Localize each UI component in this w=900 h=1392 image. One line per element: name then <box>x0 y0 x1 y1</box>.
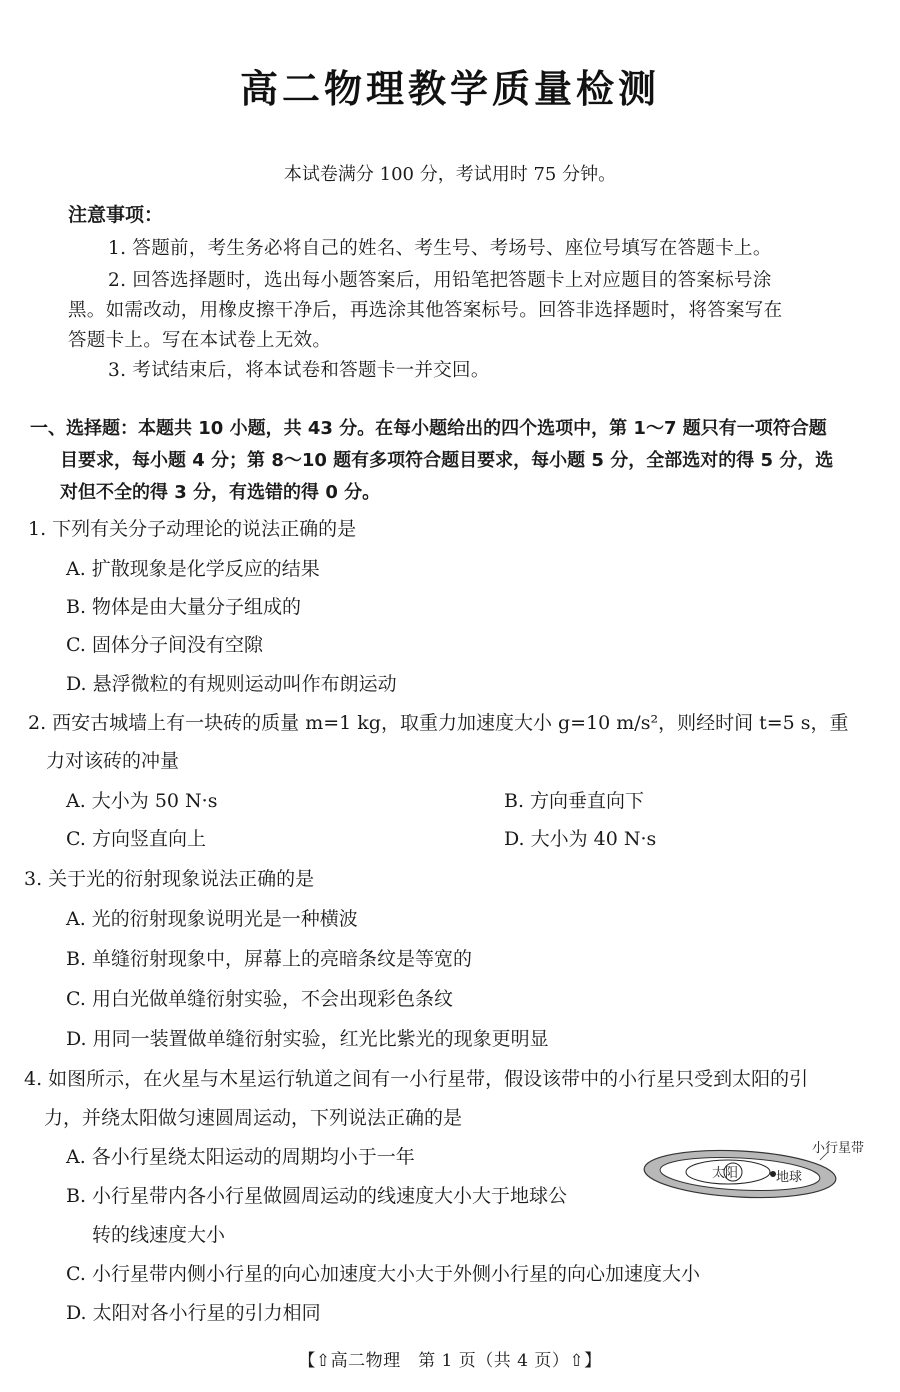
question-2-option-c: C. 方向竖直向上 <box>66 824 206 851</box>
question-1-option-c: C. 固体分子间没有空隙 <box>66 630 263 657</box>
notice-item-2: 2. 回答选择题时，选出每小题答案后，用铅笔把答题卡上对应题目的答案标号涂 <box>108 266 772 292</box>
question-4-option-d: D. 太阳对各小行星的引力相同 <box>66 1298 321 1325</box>
question-2-option-a: A. 大小为 50 N·s <box>66 786 217 813</box>
question-4-option-a: A. 各小行星绕太阳运动的周期均小于一年 <box>66 1142 415 1169</box>
question-2-stem-cont: 力对该砖的冲量 <box>46 746 179 773</box>
question-2-stem: 2. 西安古城墙上有一块砖的质量 m=1 kg，取重力加速度大小 g=10 m/… <box>28 708 849 735</box>
section-instructions-2: 目要求，每小题 4 分；第 8～10 题有多项符合题目要求，每小题 5 分，全部… <box>60 446 833 472</box>
question-4-option-b-cont: 转的线速度大小 <box>92 1220 225 1247</box>
question-1-option-d: D. 悬浮微粒的有规则运动叫作布朗运动 <box>66 669 397 696</box>
notice-item-2-cont: 黑。如需改动，用橡皮擦干净后，再选涂其他答案标号。回答非选择题时，将答案写在 <box>68 296 782 322</box>
exam-info: 本试卷满分 100 分，考试用时 75 分钟。 <box>0 160 900 186</box>
question-3-option-d: D. 用同一装置做单缝衍射实验，红光比紫光的现象更明显 <box>66 1024 549 1051</box>
sun-label: 太阳 <box>712 1165 738 1181</box>
notice-item-1: 1. 答题前，考生务必将自己的姓名、考生号、考场号、座位号填写在答题卡上。 <box>108 234 772 260</box>
question-3-option-b: B. 单缝衍射现象中，屏幕上的亮暗条纹是等宽的 <box>66 944 472 971</box>
question-4-option-b: B. 小行星带内各小行星做圆周运动的线速度大小大于地球公 <box>66 1181 567 1208</box>
question-1-option-a: A. 扩散现象是化学反应的结果 <box>66 554 320 581</box>
question-2-option-d: D. 大小为 40 N·s <box>504 824 656 851</box>
asteroid-belt-label: 小行星带 <box>812 1140 864 1156</box>
exam-title: 高二物理教学质量检测 <box>0 58 900 113</box>
page-footer: 【⇧高二物理 第 1 页（共 4 页）⇧】 <box>0 1346 900 1371</box>
asteroid-belt-diagram: 太阳 地球 小行星带 <box>640 1140 872 1200</box>
question-3-stem: 3. 关于光的衍射现象说法正确的是 <box>24 864 314 891</box>
question-4-stem-cont: 力，并绕太阳做匀速圆周运动，下列说法正确的是 <box>44 1103 462 1130</box>
question-3-option-a: A. 光的衍射现象说明光是一种横波 <box>66 904 358 931</box>
question-1-option-b: B. 物体是由大量分子组成的 <box>66 592 301 619</box>
notice-item-3: 3. 考试结束后，将本试卷和答题卡一并交回。 <box>108 356 490 382</box>
notice-item-2-cont2: 答题卡上。写在本试卷上无效。 <box>68 326 331 352</box>
question-2-option-b: B. 方向垂直向下 <box>504 786 644 813</box>
question-1-stem: 1. 下列有关分子动理论的说法正确的是 <box>28 514 356 541</box>
question-3-option-c: C. 用白光做单缝衍射实验，不会出现彩色条纹 <box>66 984 453 1011</box>
earth-label: 地球 <box>776 1169 802 1185</box>
question-4-stem: 4. 如图所示，在火星与木星运行轨道之间有一小行星带，假设该带中的小行星只受到太… <box>24 1064 808 1091</box>
question-4-option-c: C. 小行星带内侧小行星的向心加速度大小大于外侧小行星的向心加速度大小 <box>66 1259 700 1286</box>
section-instructions-3: 对但不全的得 3 分，有选错的得 0 分。 <box>60 478 380 504</box>
section-instructions-1: 一、选择题：本题共 10 小题，共 43 分。在每小题给出的四个选项中，第 1～… <box>30 414 827 440</box>
notice-heading: 注意事项： <box>68 200 163 227</box>
